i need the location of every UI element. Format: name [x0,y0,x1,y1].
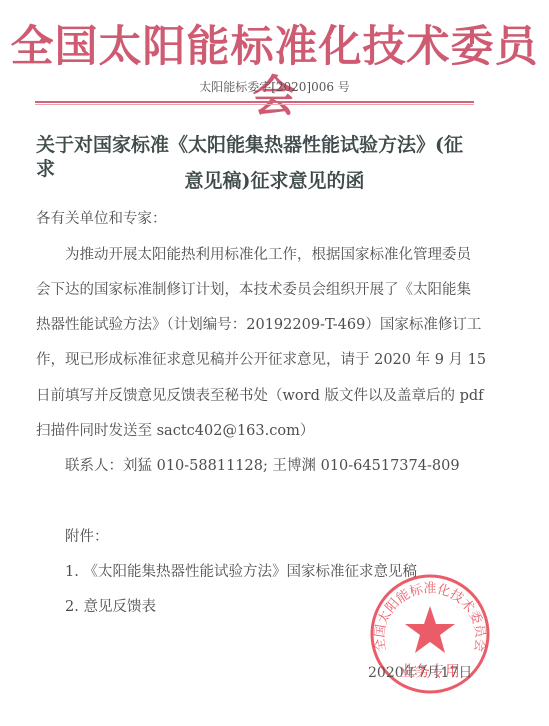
attachments-label: 附件： [65,527,505,547]
body-line: 作，现已形成标准征求意见稿并公开征求意见，请于 2020 年 9 月 15 [36,350,476,370]
letter-title-line-2: 意见稿)征求意见的函 [0,169,549,193]
letterhead-divider-thin [35,104,474,105]
document-page: 全国太阳能标准化技术委员会 太阳能标委字[2020]006 号 关于对国家标准《… [0,0,549,726]
star-icon [405,606,455,653]
body-line: 会下达的国家标准制修订计划，本技术委员会组织开展了《太阳能集 [36,280,476,300]
letterhead-organization: 全国太阳能标准化技术委员会 [0,22,549,122]
body-line-email: 扫描件同时发送至 sactc402@163.com） [36,421,476,441]
body-line: 日前填写并反馈意见反馈表至秘书处（word 版文件以及盖章后的 pdf [36,386,476,406]
salutation: 各有关单位和专家： [36,209,476,229]
contact-info: 联系人：刘猛 010-58811128; 王博渊 010-64517374-80… [65,456,505,476]
letterhead-divider [35,101,474,103]
document-number: 太阳能标委字[2020]006 号 [0,79,549,95]
body-line: 热器性能试验方法》（计划编号：20192209-T-469）国家标准修订工 [36,315,476,335]
body-line: 为推动开展太阳能热利用标准化工作，根据国家标准化管理委员 [65,245,505,265]
letter-date: 2020年7月17日 [368,664,472,682]
